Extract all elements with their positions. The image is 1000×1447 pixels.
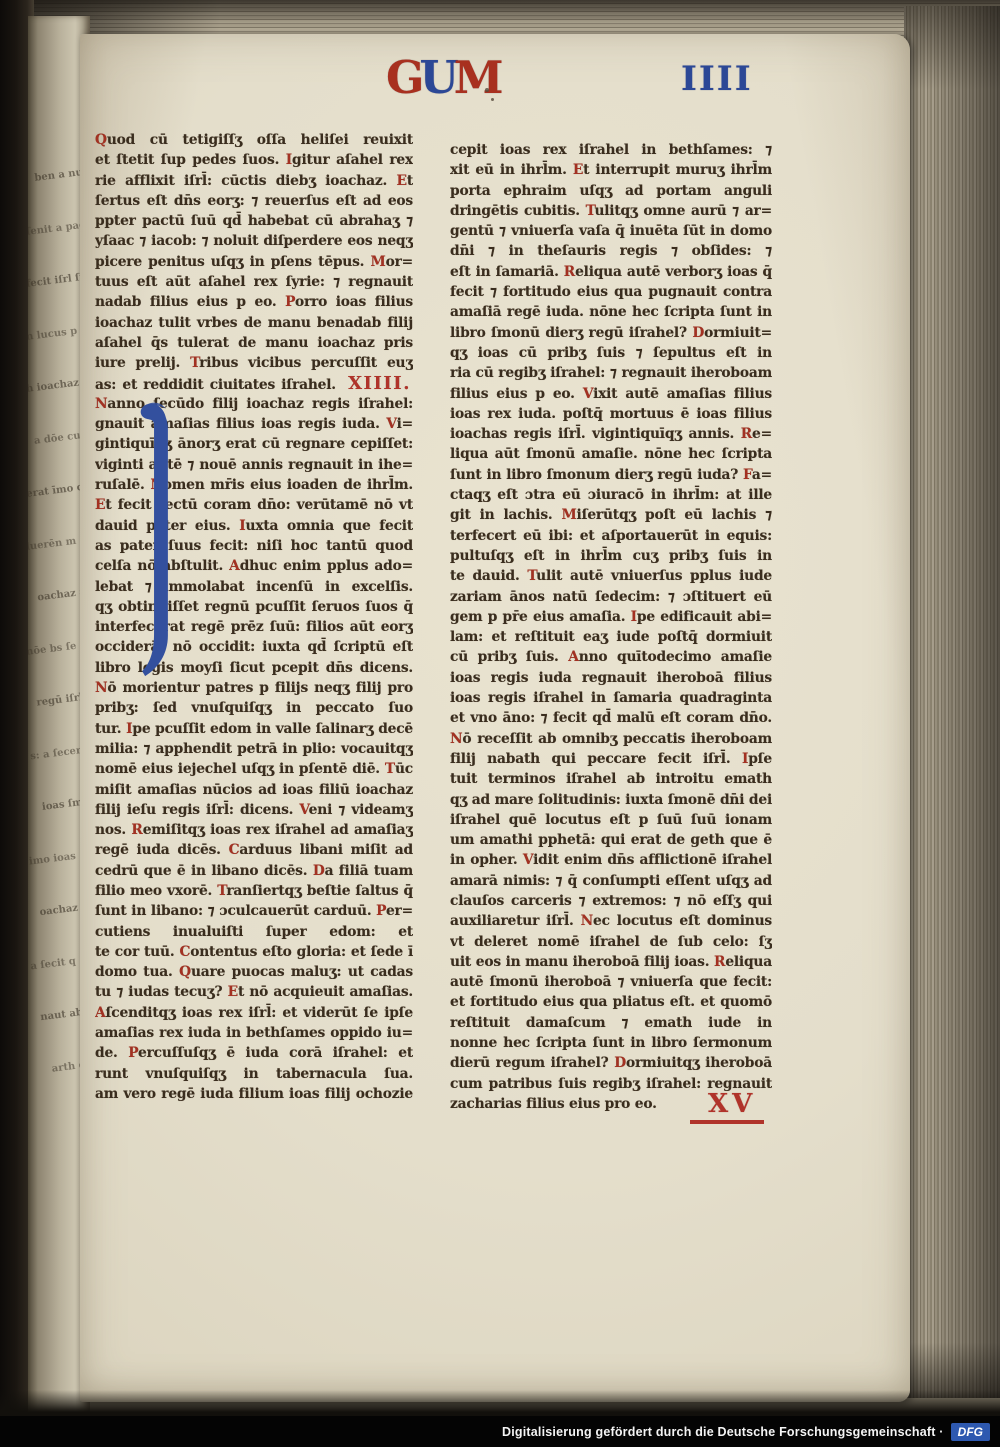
digitization-footer: Digitalisierung gefördert durch die Deut… <box>0 1416 1000 1447</box>
text-line: pribʒ: ſed vnuſquiſqʒ in peccato ſuo mor… <box>95 698 413 718</box>
book-scan-photo: ben a nuſenit a pacfecit iſrl ſuln lucus… <box>0 0 1000 1447</box>
text-line: filio meo vxorē. Tranſiertqʒ beſtie ſalt… <box>95 881 413 901</box>
text-line: zariam ānos natū ſedecim: ⁊ ɔſtituert eū… <box>450 587 772 607</box>
text-line: runt vnuſquiſqʒ in tabernacula ſua. Amaſ… <box>95 1064 413 1084</box>
text-line: filij nabath qui peccare fecit iſrl̄. Ip… <box>450 749 772 769</box>
text-line: et vno āno: ⁊ fecit qd̄ malū eſt coram d… <box>450 708 772 728</box>
text-line: ſunt in libro ſmonum dierʒ regū iuda? Fa… <box>450 465 772 485</box>
illuminated-initial-I <box>138 400 178 682</box>
text-line: ioachaz tulit vrbes de manu benadab fili… <box>95 313 413 333</box>
text-line: aſahel q̄s tulerat de manu ioachaz pris … <box>95 333 413 353</box>
text-line: Aſcenditqʒ ioas rex iſrl̄: et viderūt ſe… <box>95 1003 413 1023</box>
text-line: et fortitudo eius qua pliatus eſt. et qu… <box>450 992 772 1012</box>
text-line: um amathi pphetā: qui erat de geth que ē <box>450 830 772 850</box>
chapter-numeral-xiiii: XIIII. <box>342 374 413 394</box>
text-line: auxiliaretur iſrl̄. Nec locutus eſt domi… <box>450 911 772 931</box>
text-line: tu ⁊ iudas tecuʒ? Et nō acquieuit amaſia… <box>95 982 413 1002</box>
text-line: reſtituit damaſcum ⁊ emath iude in iſrah… <box>450 1013 772 1033</box>
text-line: cutiens inualuiſti ſuper edom: et ſbleua… <box>95 922 413 942</box>
text-line: uit eos in manu iheroboā filij ioas. Rel… <box>450 952 772 972</box>
text-line: am vero regē iuda filium ioas filij ocho… <box>95 1084 413 1104</box>
page-bottom-shadow <box>0 1390 1000 1416</box>
text-line: amaſiā regē iuda. nōne hec ſcripta ſunt … <box>450 302 772 322</box>
text-line: ioachas regis iſrl̄. vigintiquīqʒ annis.… <box>450 424 772 444</box>
text-line: nomē eius iejechel uſqʒ in pſentē diē. T… <box>95 759 413 779</box>
text-line: clauſos carceris ⁊ extremos: ⁊ nō eſſʒ q… <box>450 891 772 911</box>
text-line: liqua aūt ſmonū amaſie. nōne hec ſcripta <box>450 444 772 464</box>
text-line: amarā nimis: ⁊ q̄ conſumpti eſſent uſqʒ … <box>450 871 772 891</box>
text-line: ioas regis iuda regnauit iheroboā filius <box>450 668 772 688</box>
folio-number: IIII <box>681 62 753 96</box>
text-line: ſertus eſt dn̄s eorʒ: ⁊ reuerſus eſt ad … <box>95 191 413 211</box>
text-line: lam: et reſtituit eaʒ iude poſtq̄ dormiu… <box>450 627 772 647</box>
text-line: dringētis cubitis. Tulitqʒ omne aurū ⁊ a… <box>450 201 772 221</box>
text-line: milia: ⁊ apphendit petrā in plio: vocaui… <box>95 739 413 759</box>
text-line: tuit terminos iſrahel ab introitu emath … <box>450 769 772 789</box>
text-line: cū pribʒ ſuis. Anno quītodecimo amaſie f… <box>450 647 772 667</box>
chapter-numeral-xv: XV <box>690 1090 764 1124</box>
manuscript-page: GUM IIII Quod cū tetigiſſʒ oſſa heliſei … <box>80 34 910 1402</box>
text-line: te cor tuū. Contentus eſto gloria: et ſe… <box>95 942 413 962</box>
text-line: regē iuda dicēs. Carduus libani miſit ad <box>95 840 413 860</box>
text-line: git in lachis. Miſerūtqʒ poſt eū lachis … <box>450 505 772 525</box>
text-line: de. Percuſſuſqʒ ē iuda corā iſrahel: et … <box>95 1043 413 1063</box>
text-line: cedrū que ē in libano dicēs. Da filiā tu… <box>95 861 413 881</box>
running-title-letter: U <box>419 51 453 104</box>
text-line: nadab filius eius p eo. Porro ioas filiu… <box>95 292 413 312</box>
text-line: ctaqʒ eſt ɔtra eū ɔiuracō in ihrl̄m: at … <box>450 485 772 505</box>
text-line: as: et reddidit ciuitates iſrahel. XIIII… <box>95 374 413 394</box>
text-line: terfecert eū ibi: et aſportauerūt in equ… <box>450 526 772 546</box>
credit-text: Digitalisierung gefördert durch die Deut… <box>502 1425 944 1439</box>
running-title-letter: M <box>454 51 499 104</box>
text-line: dierū regum iſrahel? Dormiuitqʒ iheroboā <box>450 1053 772 1073</box>
text-column-right: cepit ioas rex iſrahel in bethſames: ⁊ a… <box>450 140 772 1114</box>
text-line: ioas regis iſrahel in ſamaria quadragint… <box>450 688 772 708</box>
text-line: gem p pr̄e eius amaſia. Ipe edificauit a… <box>450 607 772 627</box>
text-line: yſaac ⁊ iacob: ⁊ noluit diſperdere eos n… <box>95 231 413 251</box>
text-line: ria cū regibʒ iſrahel: ⁊ regnauit iherob… <box>450 363 772 383</box>
text-line: eſt in ſamariā. Reliqua autē verborʒ ioa… <box>450 262 772 282</box>
text-line: qʒ ioas cū pribʒ ſuis ⁊ ſepultus eſt in … <box>450 343 772 363</box>
text-line: dn̄i ⁊ in theſauris regis ⁊ obſides: ⁊ r… <box>450 241 772 261</box>
text-line: ppter pactū ſuū qd̄ habebat cū abrahaʒ ⁊ <box>95 211 413 231</box>
text-line: tuus eſt aūt aſahel rex ſyrie: ⁊ regnaui… <box>95 272 413 292</box>
text-line: autē ſmonū iheroboā ⁊ vniuerſa que fecit… <box>450 972 772 992</box>
text-line: domo tua. Quare puocas maluʒ: ut cadas <box>95 962 413 982</box>
text-line: pultuſqʒ eſt in ihrl̄m cuʒ pribʒ ſuis in… <box>450 546 772 566</box>
text-line: vt deleret nomē iſrahel de ſub celo: ſʒ … <box>450 932 772 952</box>
text-line: ioas rex iuda. poſtq̄ mortuus ē ioas fil… <box>450 404 772 424</box>
text-line: filij ieſu regis iſrl̄: dicens. Veni ⁊ v… <box>95 800 413 820</box>
text-line: Quod cū tetigiſſʒ oſſa heliſei reuixit h… <box>95 130 413 150</box>
text-line: rie afflixit iſrl̄: cūctis diebʒ ioachaz… <box>95 171 413 191</box>
text-line: cepit ioas rex iſrahel in bethſames: ⁊ a… <box>450 140 772 160</box>
text-line: libro ſmonū dierʒ regū iſrahel? Dormiuit… <box>450 323 772 343</box>
text-line: xit eū in ihrl̄m. Et interrupit muruʒ ih… <box>450 160 772 180</box>
text-line: iure prelij. Tribus vicibus percuſſit eu… <box>95 353 413 373</box>
text-line: nos. Remiſitqʒ ioas rex iſrahel ad amaſi… <box>95 820 413 840</box>
dfg-logo: DFG <box>951 1423 990 1441</box>
text-line: gentū ⁊ vniuerſa vaſa q̄ inuēta ſūt in d… <box>450 221 772 241</box>
text-line: filius eius p eo. Vixit autē amaſias fil… <box>450 384 772 404</box>
text-line: et ſtetit ſup pedes ſuos. Igitur aſahel … <box>95 150 413 170</box>
text-line: nonne hec ſcripta ſunt in libro ſermonum <box>450 1033 772 1053</box>
text-line: in opher. Vidit enim dn̄s afflictionē iſ… <box>450 850 772 870</box>
text-line: iſrahel quē locutus eſt p ſuū ſuū ionam … <box>450 810 772 830</box>
text-line: porta ephraim uſqʒ ad portam anguli qua= <box>450 181 772 201</box>
text-line: miſit amaſias nūcios ad ioas filiū ioach… <box>95 780 413 800</box>
text-line: tur. Ipe pcuſſit edom in valle ſalinarʒ … <box>95 719 413 739</box>
text-line: amaſias rex iuda in bethſames oppido iu= <box>95 1023 413 1043</box>
text-line: picere penitus uſqʒ in pſens tēpus. Mor= <box>95 252 413 272</box>
text-line: te dauid. Tulit autē vniuerſus pplus iud… <box>450 566 772 586</box>
text-line: qʒ ad mare ſolitudinis: iuxta ſmonē dn̄i… <box>450 790 772 810</box>
running-title: GUM <box>386 56 499 104</box>
running-title-letter: G <box>386 51 419 104</box>
text-line: Nō receſſit ab omnibʒ peccatis iheroboam <box>450 729 772 749</box>
fore-edge-page-stack <box>904 6 1000 1398</box>
text-line: fecit ⁊ fortitudo eius qua pugnauit cont… <box>450 282 772 302</box>
text-line: ſunt in libano: ⁊ ɔculcauerūt carduū. Pe… <box>95 901 413 921</box>
